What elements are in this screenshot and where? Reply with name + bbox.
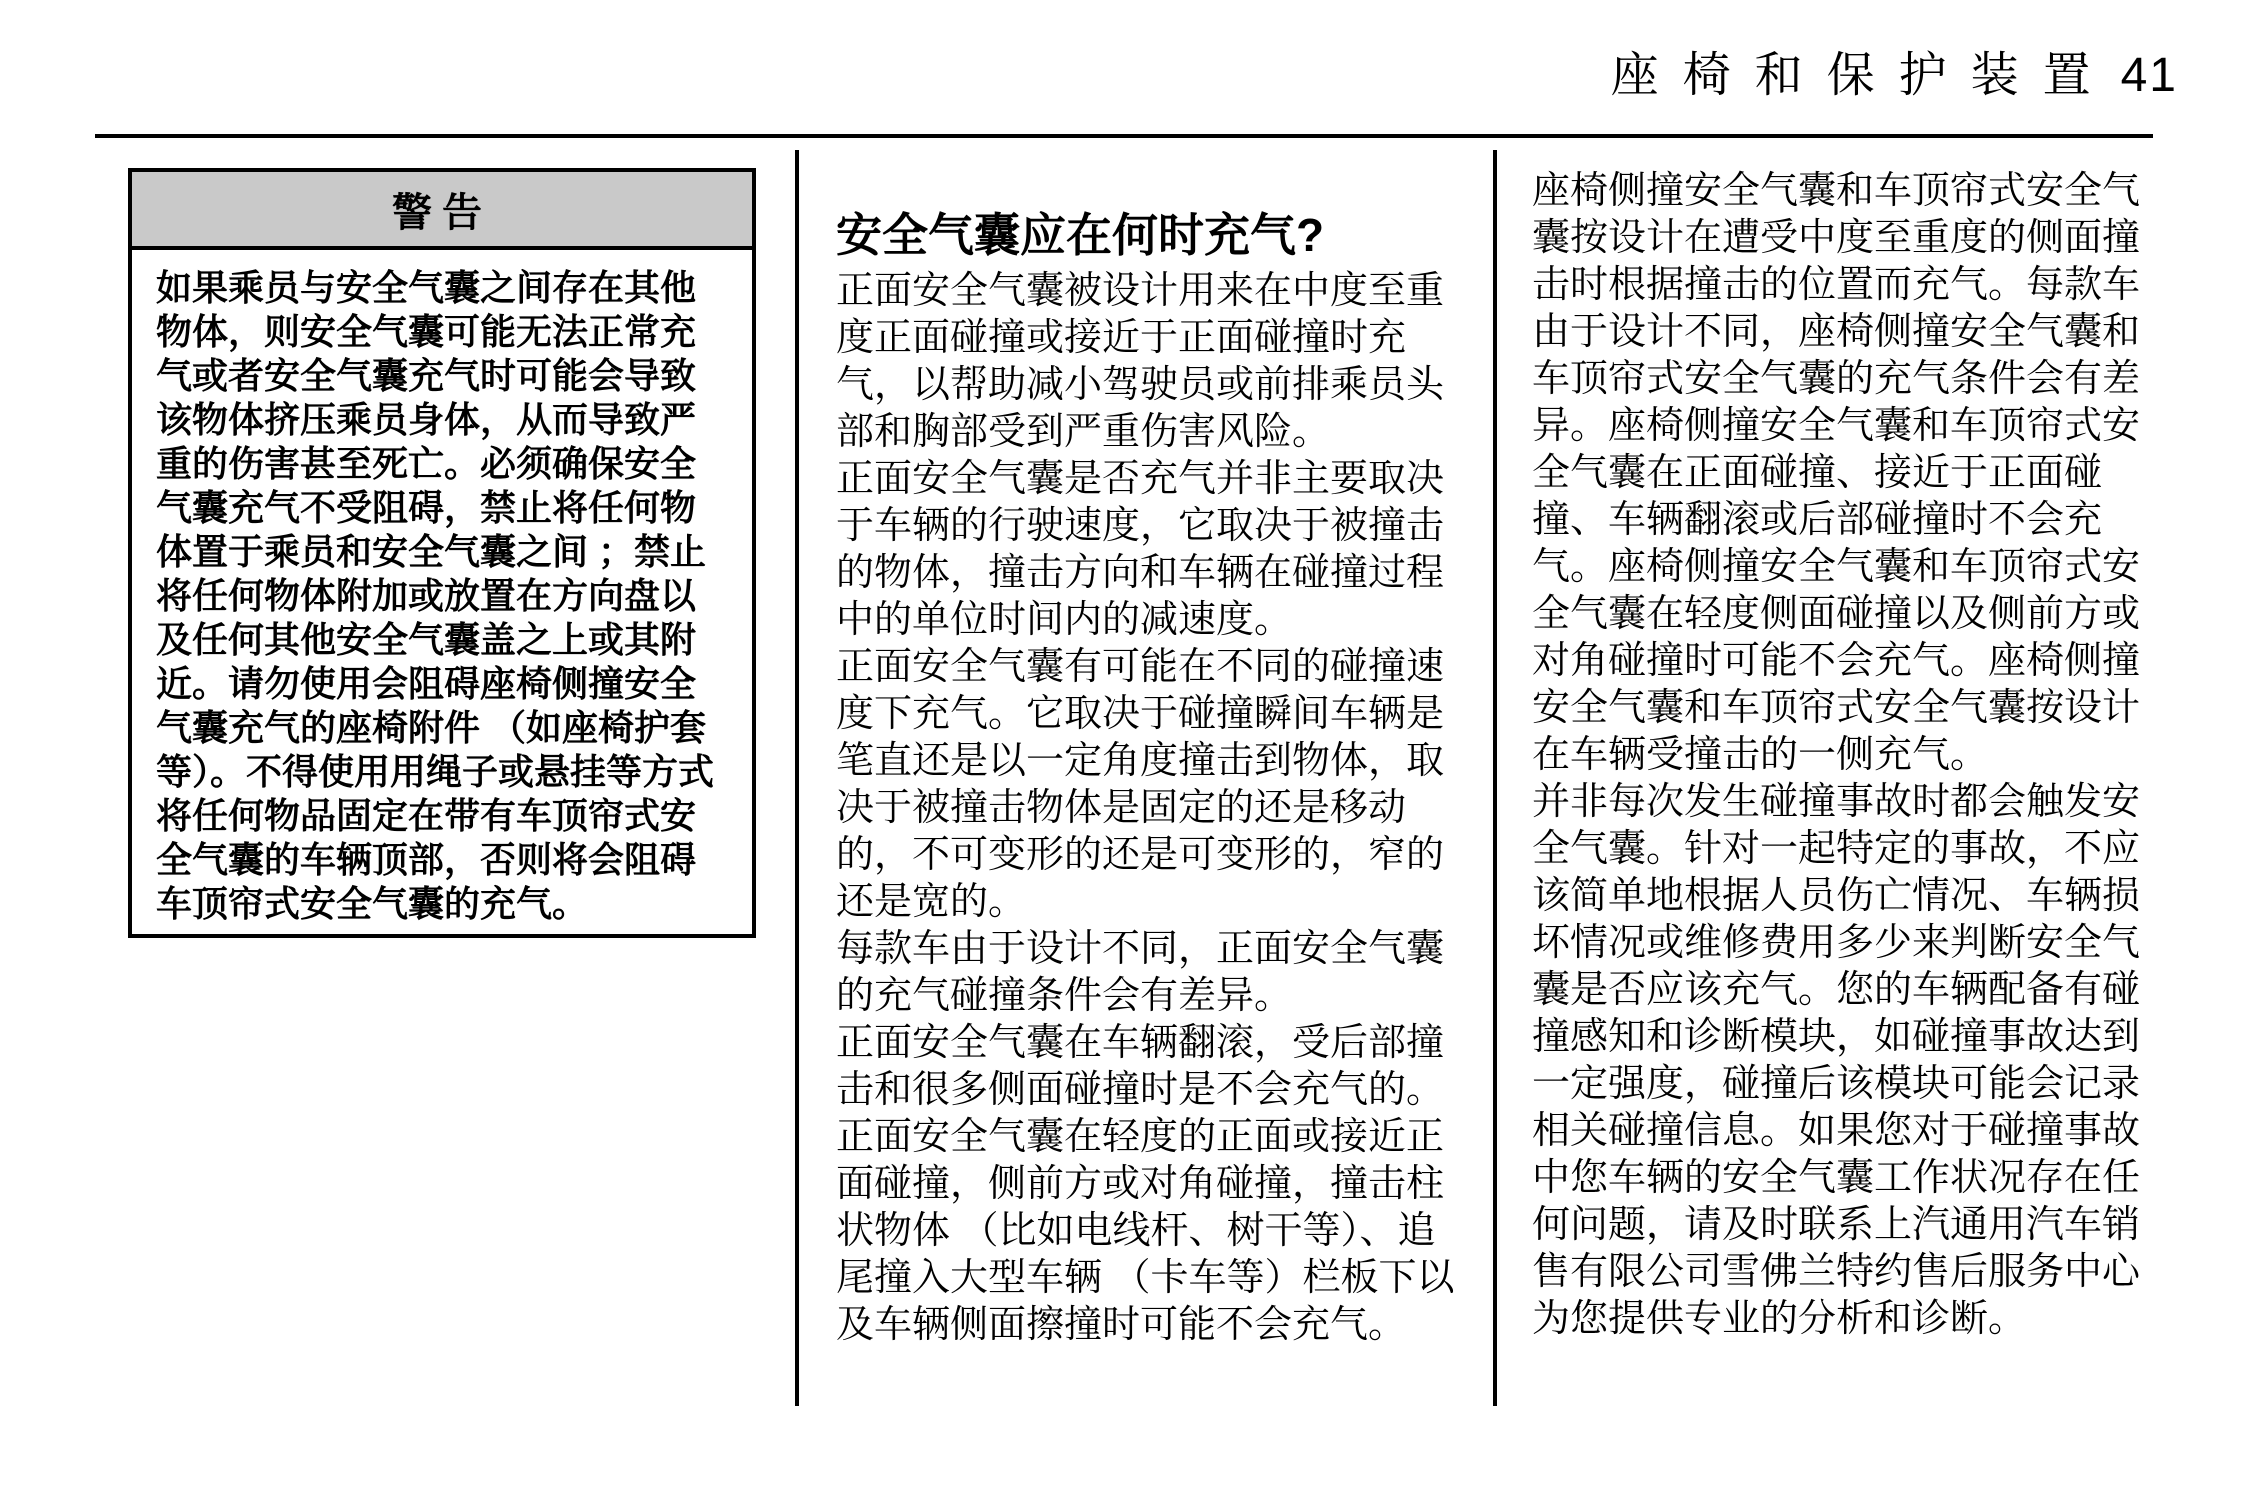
column-divider-right <box>1493 150 1497 1406</box>
paragraph: 座椅侧撞安全气囊和车顶帘式安全气囊按设计在遭受中度至重度的侧面撞击时根据撞击的位… <box>1532 168 2162 779</box>
page-title: 座椅和保护装置 <box>1611 49 2115 102</box>
paragraph: 正面安全气囊在车辆翻滚，受后部撞击和很多侧面碰撞时是不会充气的。 <box>836 1020 1466 1114</box>
article-heading: 安全气囊应在何时充气? <box>836 210 1466 260</box>
paragraph: 并非每次发生碰撞事故时都会触发安全气囊。针对一起特定的事故，不应该简单地根据人员… <box>1532 779 2162 1343</box>
paragraph: 正面安全气囊被设计用来在中度至重度正面碰撞或接近于正面碰撞时充气，以帮助减小驾驶… <box>836 268 1466 456</box>
page-header: 座椅和保护装置41 <box>1611 52 2178 100</box>
paragraph: 正面安全气囊是否充气并非主要取决于车辆的行驶速度，它取决于被撞击的物体，撞击方向… <box>836 456 1466 644</box>
warning-box-header: 警告 <box>132 172 752 250</box>
page-number: 41 <box>2121 49 2178 102</box>
column-divider-left <box>795 150 799 1406</box>
paragraph: 正面安全气囊有可能在不同的碰撞速度下充气。它取决于碰撞瞬间车辆是笔直还是以一定角… <box>836 644 1466 926</box>
paragraph: 每款车由于设计不同，正面安全气囊的充气碰撞条件会有差异。 <box>836 926 1466 1020</box>
right-column: 座椅侧撞安全气囊和车顶帘式安全气囊按设计在遭受中度至重度的侧面撞击时根据撞击的位… <box>1532 168 2162 1343</box>
warning-box-body: 如果乘员与安全气囊之间存在其他物体，则安全气囊可能无法正常充气或者安全气囊充气时… <box>132 250 752 926</box>
warning-box: 警告 如果乘员与安全气囊之间存在其他物体，则安全气囊可能无法正常充气或者安全气囊… <box>128 168 756 938</box>
paragraph: 正面安全气囊在轻度的正面或接近正面碰撞，侧前方或对角碰撞，撞击柱状物体 （比如电… <box>836 1114 1466 1349</box>
manual-page: 座椅和保护装置41 警告 如果乘员与安全气囊之间存在其他物体，则安全气囊可能无法… <box>0 0 2246 1500</box>
header-rule <box>95 134 2153 138</box>
warning-box-title: 警告 <box>392 181 492 238</box>
middle-column: 安全气囊应在何时充气? 正面安全气囊被设计用来在中度至重度正面碰撞或接近于正面碰… <box>836 210 1466 1349</box>
